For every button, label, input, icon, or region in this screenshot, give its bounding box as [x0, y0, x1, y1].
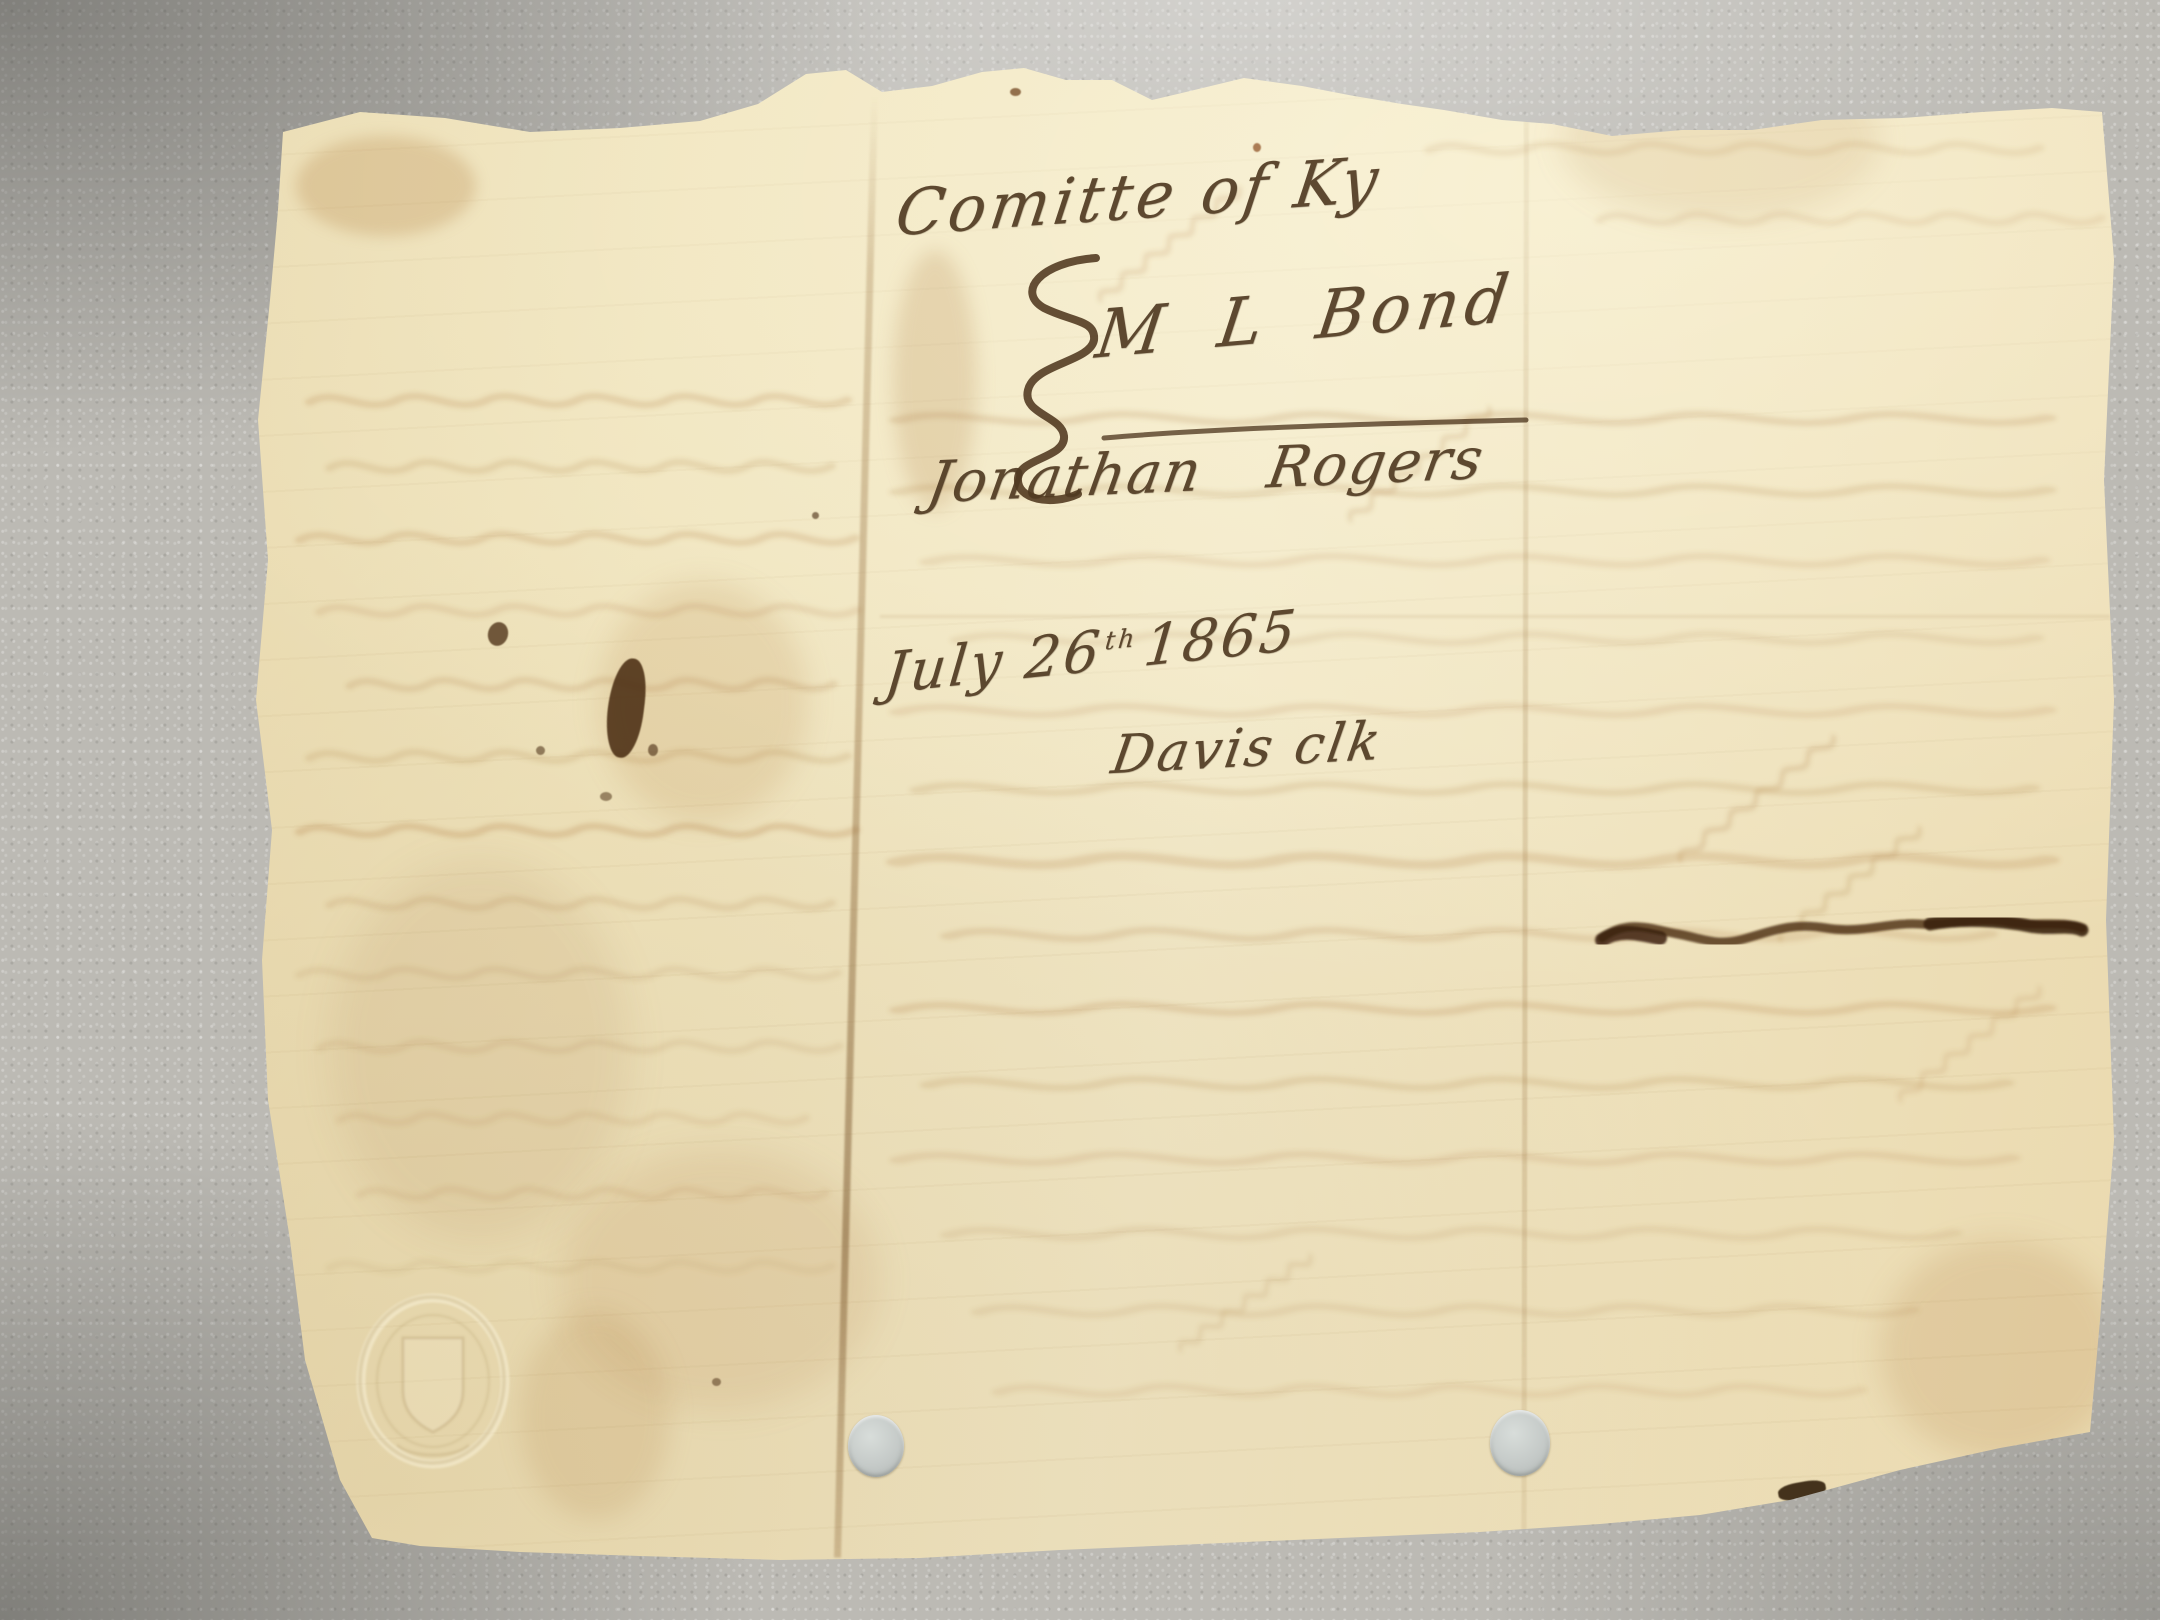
- edge-spot: [1010, 88, 1021, 96]
- punch-hole-left: [848, 1415, 904, 1477]
- ink-smear: [1602, 920, 2082, 942]
- ink-spot: [536, 746, 545, 755]
- ink-spot: [812, 512, 819, 519]
- rust-spot: [1253, 143, 1261, 152]
- embossed-seal: [360, 1297, 505, 1464]
- paper-document: Comitte of Ky M L Bond Jonathan Rogers J…: [0, 0, 2160, 1620]
- photo-of-document: Comitte of Ky M L Bond Jonathan Rogers J…: [0, 0, 2160, 1620]
- punch-hole-right: [1490, 1410, 1550, 1476]
- ink-spot: [712, 1378, 721, 1386]
- ink-spot: [648, 744, 658, 756]
- ink-marks: [0, 0, 2160, 1620]
- ink-spot: [600, 792, 612, 801]
- ink-mark-bottom-right: [1849, 1509, 1874, 1527]
- date-superscript: th: [1104, 623, 1139, 656]
